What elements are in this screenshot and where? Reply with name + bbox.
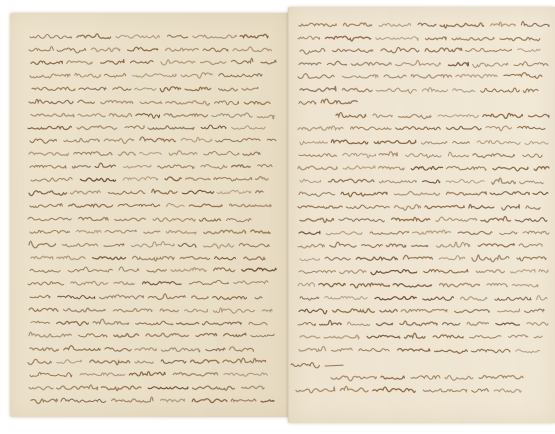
manuscript-page-left [10, 13, 292, 417]
handwriting-lines-right [289, 7, 555, 423]
manuscript-photo: Two facing pages of a handwritten letter [0, 0, 555, 434]
document-kind: Two facing pages of a handwritten letter [0, 0, 1, 1]
handwriting-lines-left [10, 13, 291, 417]
manuscript-page-right [288, 7, 555, 423]
